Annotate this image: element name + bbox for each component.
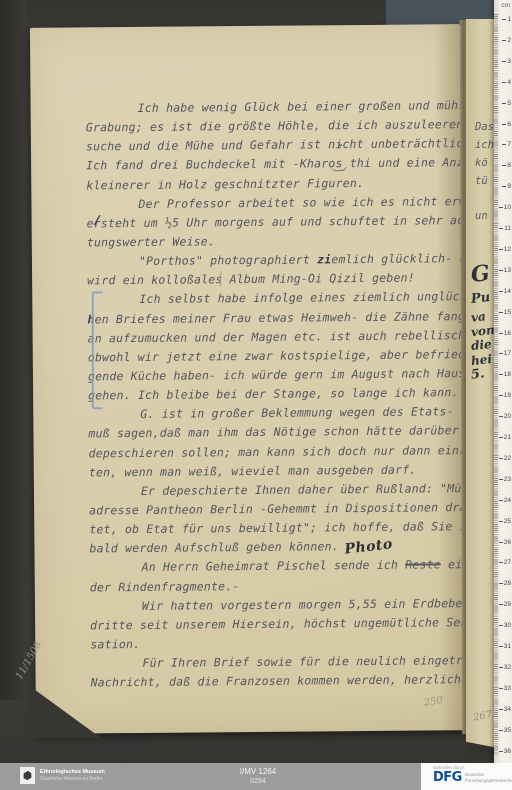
ruler-cm-tick — [499, 542, 503, 543]
ruler-cm-mark: 18 — [499, 371, 511, 378]
measuring-ruler: cm 1234567891011121314151617181920212223… — [494, 0, 512, 763]
ruler-cm-tick — [502, 165, 506, 166]
ruler-cm-tick — [499, 583, 503, 584]
ruler-cm-number: 28 — [504, 580, 511, 587]
museum-subtitle: Staatliche Museen zu Berlin — [40, 776, 105, 782]
document-page: Ich habe wenig Glück bei einer großen un… — [30, 24, 466, 734]
letter-line-segment: an aufzumucken und der Magen etc. ist au… — [88, 328, 466, 345]
letter-line: Nachricht, daß die Franzosen kommen werd… — [91, 670, 467, 693]
ruler-cm-number: 21 — [504, 434, 511, 441]
ruler-cm-number: 7 — [507, 141, 511, 148]
ruler-cm-tick — [502, 103, 506, 104]
letter-line-segment: G. ist in großer Beklemmung wegen des Et… — [140, 404, 466, 421]
ruler-cm-number: 14 — [504, 288, 511, 295]
ruler-cm-tick — [499, 709, 503, 710]
letter-line-segment: kleinerer in Holz geschnitzter Figuren. — [86, 176, 364, 192]
letter-line-segment: emlich glücklich- es — [331, 251, 466, 266]
letter-line-segment: wird ein kolloßales Album Ming-Oi Qizil … — [87, 271, 415, 288]
letter-line: Ich selbst habe infolge eines ziemlich u… — [87, 287, 466, 310]
letter-line-segment: muß sagen,daß man ihm das Nötige schon h… — [88, 424, 459, 441]
ruler-cm-mark: 26 — [499, 539, 511, 546]
ruler-cm-tick — [499, 270, 503, 271]
ruler-cm-mark: 23 — [499, 476, 511, 483]
next-page-handwriting-fragment: G — [470, 260, 491, 288]
funding-credit: Gefördert durch DFG Deutsche Forschungsg… — [433, 765, 512, 784]
scan-page-number: 0294 — [176, 777, 340, 786]
letter-line: dritte seit unserem Hiersein, höchst ung… — [90, 613, 466, 636]
ruler-cm-tick — [499, 416, 503, 417]
next-page-bottom-shadow — [466, 731, 497, 755]
ruler-cm-mark: 28 — [499, 580, 511, 587]
ruler-cm-tick — [499, 751, 503, 752]
ruler-cm-number: 25 — [504, 518, 511, 525]
letter-line: ersteht um ½5 Uhr morgens auf und schuft… — [87, 211, 467, 234]
ruler-cm-number: 5 — [507, 100, 511, 107]
next-page-typed-fragment: kö — [475, 157, 488, 169]
ruler-cm-mark: 16 — [499, 330, 511, 337]
letter-line-segment: Grabung; es ist die größte Höhle, die ic… — [86, 117, 464, 134]
letter-line-segment: dritte seit unserem Hiersein, höchst ung… — [90, 615, 466, 632]
ruler-cm-number: 11 — [504, 225, 511, 232]
ruler-unit-label: cm — [501, 2, 510, 9]
ruler-cm-number: 22 — [504, 455, 511, 462]
ruler-cm-tick — [499, 228, 503, 229]
ruler-cm-number: 6 — [507, 121, 511, 128]
funding-org-line2: Forschungsgemeinschaft — [465, 778, 512, 784]
ruler-cm-mark: 6 — [502, 121, 511, 128]
letter-line-segment: gehen. Ich bleibe bei der Stange, so lan… — [88, 385, 459, 402]
footer-white-section: Gefördert durch DFG Deutsche Forschungsg… — [421, 763, 512, 790]
ruler-cm-mark: 20 — [499, 413, 511, 420]
ruler-cm-number: 15 — [504, 309, 511, 316]
letter-line-segment: Er depeschierte Ihnen daher über Rußland… — [141, 481, 466, 498]
ruler-cm-tick — [499, 374, 503, 375]
ruler-cm-tick — [499, 521, 503, 522]
letter-line-segment: Ich fand drei Buchdeckel mit -Kharos thi… — [86, 155, 466, 172]
blue-margin-bracket — [92, 291, 103, 409]
letter-line-segment: der Rindenfragmente.- — [90, 579, 240, 594]
ruler-cm-tick — [499, 479, 503, 480]
ruler-cm-mark: 32 — [499, 664, 511, 671]
ruler-cm-number: 18 — [504, 371, 511, 378]
letter-line-segment: Reste — [405, 558, 441, 572]
ruler-cm-number: 10 — [504, 204, 511, 211]
pencil-next-page-number: 267 — [472, 709, 493, 723]
ruler-cm-mark: 8 — [502, 162, 511, 169]
ruler-cm-number: 30 — [504, 622, 511, 629]
ruler-cm-tick — [502, 186, 506, 187]
letter-line-segment: tungswerter Weise. — [87, 234, 215, 249]
letter-line-segment: tet, ob Etat für uns bewilligt"; ich hof… — [89, 519, 466, 536]
ruler-cm-number: 3 — [507, 58, 511, 65]
ruler-cm-tick — [499, 249, 503, 250]
museum-logo — [20, 767, 35, 784]
ruler-cm-number: 31 — [504, 643, 511, 650]
letter-line-segment: obwohl wir jetzt eine zwar kostspielige,… — [88, 347, 466, 364]
next-page-typed-fragment: un — [475, 210, 488, 222]
ruler-cm-tick — [502, 124, 506, 125]
letter-line-segment: "Porthos" photographiert — [139, 253, 317, 269]
dfg-logo: DFG — [433, 771, 462, 784]
ruler-cm-mark: 14 — [499, 288, 511, 295]
archive-collection-id: I/MV 1264 — [176, 767, 340, 777]
letter-line-segment: depeschieren sollen; man kann sich doch … — [89, 442, 466, 460]
ruler-cm-number: 36 — [504, 748, 511, 755]
ruler-cm-mark: 12 — [499, 246, 511, 253]
ruler-cm-number: 33 — [504, 685, 511, 692]
footer-gray-section: Ethnologisches Museum Staatliche Museen … — [0, 763, 421, 790]
ruler-cm-tick — [502, 82, 506, 83]
letter-line-segment: Wir hatten vorgestern morgen 5,55 ein Er… — [142, 595, 466, 612]
footer-bar: Ethnologisches Museum Staatliche Museen … — [0, 763, 512, 790]
ruler-cm-tick — [499, 207, 503, 208]
ruler-cm-tick — [499, 291, 503, 292]
ruler-cm-number: 13 — [504, 267, 511, 274]
ruler-cm-number: 4 — [507, 79, 511, 86]
ruler-cm-mark: 25 — [499, 518, 511, 525]
ruler-cm-mark: 30 — [499, 622, 511, 629]
ruler-cm-mark: 21 — [499, 434, 511, 441]
ruler-cm-tick — [499, 646, 503, 647]
ruler-cm-tick — [502, 19, 506, 20]
ruler-cm-tick — [499, 562, 503, 563]
ruler-cm-mark: 17 — [499, 350, 511, 357]
ruler-cm-mark: 19 — [499, 392, 511, 399]
ruler-cm-tick — [499, 604, 503, 605]
ruler-cm-mark: 2 — [502, 37, 511, 44]
ruler-mm-ticks — [494, 14, 498, 756]
ruler-cm-tick — [499, 458, 503, 459]
letter-line-segment: Nachricht, daß die Franzosen kommen werd… — [91, 672, 466, 689]
letter-line-segment: An Herrn Geheimrat Pischel sende ich — [142, 558, 406, 574]
ruler-cm-mark: 36 — [499, 748, 511, 755]
ruler-cm-mark: 4 — [502, 79, 511, 86]
ruler-cm-number: 29 — [504, 601, 511, 608]
ruler-cm-number: 23 — [504, 476, 511, 483]
letter-line-segment: adresse Pantheon Berlin -Gehemmt in Disp… — [89, 500, 466, 517]
next-page-handwriting-fragment: va — [470, 309, 486, 324]
ruler-cm-mark: 5 — [502, 100, 511, 107]
ruler-cm-tick — [499, 500, 503, 501]
ruler-cm-tick — [499, 730, 503, 731]
archive-reference: I/MV 1264 0294 — [176, 767, 340, 786]
ruler-cm-mark: 22 — [499, 455, 511, 462]
ruler-cm-tick — [499, 312, 503, 313]
ruler-cm-number: 2 — [507, 37, 511, 44]
next-page-handwriting-fragment: 5. — [470, 366, 485, 382]
ruler-cm-number: 19 — [504, 392, 511, 399]
next-page-handwriting-fragment: Pu — [470, 290, 491, 307]
letter-line-segment: Der Professor arbeitet so wie ich es nic… — [138, 193, 466, 210]
ruler-cm-number: 9 — [507, 183, 511, 190]
next-page-typed-fragment: ich — [475, 139, 494, 151]
ruler-cm-mark: 34 — [499, 706, 511, 713]
typed-letter: Ich habe wenig Glück bei einer großen un… — [86, 96, 467, 693]
letter-line-segment: suche und die Mühe und Gefahr ist nicht … — [86, 136, 466, 153]
letter-line-segment: Für Ihren Brief sowie für die neulich ei… — [142, 653, 466, 670]
ruler-cm-number: 34 — [504, 706, 511, 713]
ruler-cm-tick — [499, 667, 503, 668]
ruler-cm-mark: 27 — [499, 559, 511, 566]
letter-line-segment: gende Küche haben- ich würde gern im Aug… — [88, 366, 466, 383]
letter-line: Ich fand drei Buchdeckel mit -Kharos thi… — [86, 153, 466, 176]
ruler-cm-tick — [499, 333, 503, 334]
ruler-cm-number: 24 — [504, 497, 511, 504]
letter-line-segment: en Briefes meiner Frau etwas Heimweh- di… — [95, 309, 467, 326]
letter-line: muß sagen,daß man ihm das Nötige schon h… — [88, 421, 466, 444]
ruler-cm-number: 35 — [504, 727, 511, 734]
letter-line-segment: Ich selbst habe infolge eines ziemlich u… — [139, 289, 466, 306]
ruler-cm-number: 26 — [504, 539, 511, 546]
letter-line-segment: sation. — [90, 637, 140, 651]
ruler-cm-tick — [502, 144, 506, 145]
letter-line-segment: zi — [317, 252, 331, 266]
ruler-cm-tick — [499, 688, 503, 689]
ruler-cm-mark: 33 — [499, 685, 511, 692]
ruler-cm-mark: 29 — [499, 601, 511, 608]
ruler-cm-mark: 7 — [502, 141, 511, 148]
letter-line-segment: ten, wenn man weiß, wieviel man ausgeben… — [89, 462, 417, 479]
ruler-cm-number: 12 — [504, 246, 511, 253]
ruler-cm-mark: 1 — [502, 16, 511, 23]
ruler-cm-tick — [499, 353, 503, 354]
ruler-cm-number: 27 — [504, 559, 511, 566]
museum-credit: Ethnologisches Museum Staatliche Museen … — [20, 767, 105, 784]
ruler-cm-number: 20 — [504, 413, 511, 420]
letter-line-segment: bald werden Aufschluß geben können. — [89, 539, 338, 555]
museum-name: Ethnologisches Museum — [40, 769, 105, 776]
ruler-cm-mark: 3 — [502, 58, 511, 65]
ruler-cm-number: 17 — [504, 350, 511, 357]
next-page-edge: 267 DasichkötüunGPuvavondiehei5. — [466, 19, 497, 755]
ruler-cm-tick — [502, 40, 506, 41]
ruler-cm-mark: 13 — [499, 267, 511, 274]
next-page-typed-fragment: Das — [475, 121, 494, 133]
ruler-cm-mark: 10 — [499, 204, 511, 211]
ruler-cm-mark: 35 — [499, 727, 511, 734]
ruler-cm-mark: 11 — [499, 225, 511, 232]
ruler-cm-number: 32 — [504, 664, 511, 671]
museum-logo-icon — [22, 770, 33, 781]
ruler-cm-tick — [502, 61, 506, 62]
ruler-cm-number: 16 — [504, 330, 511, 337]
ruler-cm-tick — [499, 437, 503, 438]
ruler-cm-mark: 31 — [499, 643, 511, 650]
letter-line: tet, ob Etat für uns bewilligt"; ich hof… — [89, 517, 466, 540]
ruler-cm-mark: 15 — [499, 309, 511, 316]
ruler-cm-mark: 24 — [499, 497, 511, 504]
ruler-cm-number: 8 — [507, 162, 511, 169]
letter-line-segment: ersteht um ½5 Uhr morgens auf und schuft… — [87, 213, 466, 230]
letter-line: An Herrn Geheimrat Pischel sende ich Res… — [90, 555, 467, 578]
next-page-handwriting-fragment: die — [470, 337, 492, 353]
letter-line-segment: Ich habe wenig Glück bei einer großen un… — [138, 98, 467, 115]
ruler-cm-tick — [499, 625, 503, 626]
ruler-cm-tick — [499, 395, 503, 396]
ruler-cm-mark: 9 — [502, 183, 511, 190]
ruler-cm-number: 1 — [507, 16, 511, 23]
next-page-typed-fragment: tü — [475, 175, 488, 187]
